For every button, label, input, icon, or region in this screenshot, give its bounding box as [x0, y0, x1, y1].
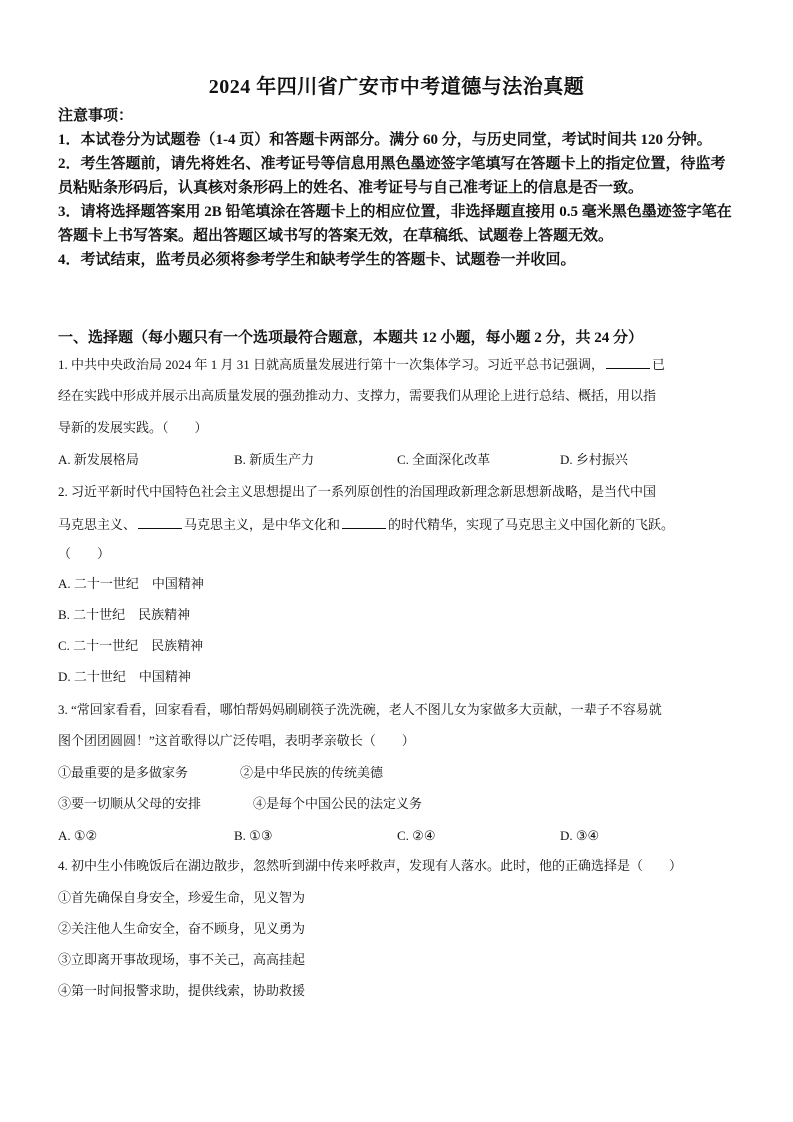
question-1-stem-text: 1. 中共中央政治局 2024 年 1 月 31 日就高质量发展进行第十一次集体… — [58, 357, 604, 372]
question-2-stem-text: 马克思主义，是中华文化和 — [184, 517, 340, 532]
question-2-option-b: B. 二十世纪 民族精神 — [58, 605, 190, 625]
question-3-option-c: C. ②④ — [397, 826, 435, 846]
option-text: 新发展格局 — [74, 452, 139, 467]
question-2-stem-line-3: （ ） — [58, 544, 748, 564]
page-title: 2024 年四川省广安市中考道德与法治真题 — [0, 70, 793, 99]
option-label: D. — [58, 669, 71, 684]
answer-blank — [606, 354, 650, 369]
option-label: C. — [58, 638, 70, 653]
option-label: C. — [397, 452, 409, 467]
notice-item-3: 3．请将选择题答案用 2B 铅笔填涂在答题卡上的相应位置，非选择题直接用 0.5… — [58, 200, 738, 248]
option-text: ③④ — [576, 828, 599, 843]
option-label: B. — [234, 828, 246, 843]
option-text: 二十一世纪 中国精神 — [74, 576, 204, 591]
question-1-stem-line-3: 导新的发展实践。（ ） — [58, 418, 748, 438]
question-3-stem-line-1: 3. “常回家看看，回家看看，哪怕帮妈妈刷刷筷子洗洗碗，老人不图儿女为家做多大贡… — [58, 700, 748, 720]
question-2-stem-line-1: 2. 习近平新时代中国特色社会主义思想提出了一系列原创性的治国理政新理念新思想新… — [58, 482, 748, 502]
question-1-stem-text: 已 — [652, 357, 665, 372]
option-label: A. — [58, 576, 71, 591]
answer-blank — [342, 514, 386, 529]
question-3-statement-1: ①最重要的是多做家务 — [58, 763, 188, 783]
option-text: ①② — [74, 828, 97, 843]
question-3-stem-line-2: 图个团团圆圆！”这首歌得以广泛传唱，表明孝亲敬长（ ） — [58, 731, 748, 751]
option-text: ①③ — [249, 828, 272, 843]
question-1-option-a: A. 新发展格局 — [58, 450, 139, 470]
option-text: 二十一世纪 民族精神 — [73, 638, 203, 653]
question-4-statement-4: ④第一时间报警求助，提供线索，协助救援 — [58, 981, 305, 1001]
question-3-option-d: D. ③④ — [560, 826, 599, 846]
question-2-option-c: C. 二十一世纪 民族精神 — [58, 636, 203, 656]
option-label: D. — [560, 828, 573, 843]
option-text: 全面深化改革 — [412, 452, 490, 467]
question-1-option-b: B. 新质生产力 — [234, 450, 314, 470]
question-1-stem-line-1: 1. 中共中央政治局 2024 年 1 月 31 日就高质量发展进行第十一次集体… — [58, 354, 748, 375]
question-3-option-a: A. ①② — [58, 826, 97, 846]
notice-item-2: 2．考生答题前，请先将姓名、准考证号等信息用黑色墨迹签字笔填写在答题卡上的指定位… — [58, 152, 738, 200]
question-4-stem-line-1: 4. 初中生小伟晚饭后在湖边散步，忽然听到湖中传来呼救声，发现有人落水。此时，他… — [58, 856, 748, 876]
notice-heading: 注意事项： — [58, 104, 738, 128]
question-3-statement-4: ④是每个中国公民的法定义务 — [253, 794, 422, 814]
question-1-stem-line-2: 经在实践中形成并展示出高质量发展的强劲推动力、支撑力，需要我们从理论上进行总结、… — [58, 386, 748, 406]
option-text: 二十世纪 中国精神 — [74, 669, 191, 684]
option-label: B. — [234, 452, 246, 467]
question-2-stem-text: 马克思主义、 — [58, 517, 136, 532]
question-4-statement-2: ②关注他人生命安全，奋不顾身，见义勇为 — [58, 919, 305, 939]
notice-block: 注意事项： 1．本试卷分为试题卷（1-4 页）和答题卡两部分。满分 60 分，与… — [58, 104, 738, 272]
option-text: ②④ — [412, 828, 435, 843]
question-3-statement-2: ②是中华民族的传统美德 — [240, 763, 383, 783]
answer-blank — [138, 514, 182, 529]
notice-item-4: 4．考试结束，监考员必须将参考学生和缺考学生的答题卡、试题卷一并收回。 — [58, 248, 738, 272]
option-label: B. — [58, 607, 70, 622]
question-3-statement-3: ③要一切顺从父母的安排 — [58, 794, 201, 814]
question-2-stem-line-2: 马克思主义、马克思主义，是中华文化和的时代精华，实现了马克思主义中国化新的飞跃。 — [58, 514, 748, 535]
question-1-option-c: C. 全面深化改革 — [397, 450, 490, 470]
question-2-stem-text: 的时代精华，实现了马克思主义中国化新的飞跃。 — [388, 517, 674, 532]
exam-page: 2024 年四川省广安市中考道德与法治真题 注意事项： 1．本试卷分为试题卷（1… — [0, 0, 793, 1122]
question-4-statement-1: ①首先确保自身安全，珍爱生命，见义智为 — [58, 888, 305, 908]
question-1-option-d: D. 乡村振兴 — [560, 450, 628, 470]
option-label: A. — [58, 828, 71, 843]
option-text: 二十世纪 民族精神 — [73, 607, 190, 622]
notice-item-1: 1．本试卷分为试题卷（1-4 页）和答题卡两部分。满分 60 分，与历史同堂，考… — [58, 128, 738, 152]
section-heading-choice: 一、选择题（每小题只有一个选项最符合题意，本题共 12 小题，每小题 2 分，共… — [58, 327, 748, 349]
question-2-option-d: D. 二十世纪 中国精神 — [58, 667, 191, 687]
option-label: D. — [560, 452, 573, 467]
question-4-statement-3: ③立即离开事故现场，事不关己，高高挂起 — [58, 950, 305, 970]
option-label: A. — [58, 452, 71, 467]
option-text: 新质生产力 — [249, 452, 314, 467]
option-label: C. — [397, 828, 409, 843]
question-2-option-a: A. 二十一世纪 中国精神 — [58, 574, 204, 594]
question-3-option-b: B. ①③ — [234, 826, 272, 846]
option-text: 乡村振兴 — [576, 452, 628, 467]
